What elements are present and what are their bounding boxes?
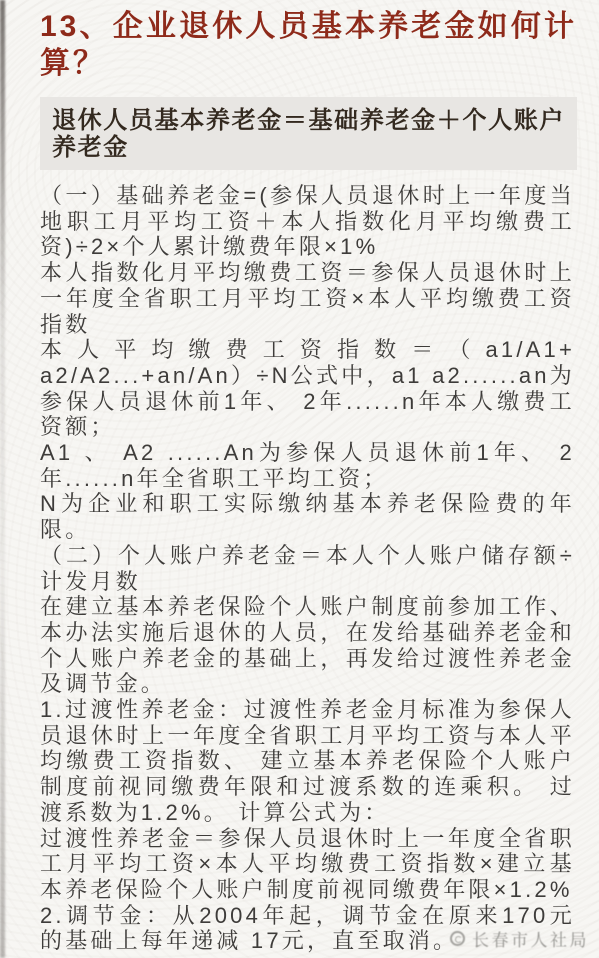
paragraph-n-definition: N为企业和职工实际缴纳基本养老保险费的年限。 (40, 491, 575, 542)
paragraph-a-values-definition: A1 、 A2 ......An为参保人员退休前1年、 2年......n年全省… (40, 440, 575, 491)
formula-text: 退休人员基本养老金＝基础养老金＋个人账户养老金 (52, 107, 565, 161)
document-page: 13、企业退休人员基本养老金如何计算？ 退休人员基本养老金＝基础养老金＋个人账户… (0, 0, 599, 958)
watermark: 长春市人社局 (450, 926, 589, 951)
paragraph-transitional-pension: 1.过渡性养老金：过渡性养老金月标准为参保人员退休时上一年度全省职工月平均工资与… (40, 697, 575, 826)
bureau-logo-icon (450, 931, 465, 946)
page-title: 13、企业退休人员基本养老金如何计算？ (40, 8, 577, 82)
paragraph-indexed-wage-formula: 本人指数化月平均缴费工资＝参保人员退休时上一年度全省职工月平均工资×本人平均缴费… (40, 260, 575, 337)
body-text: （一）基础养老金=(参保人员退休时上一年度当地职工月平均工资＋本人指数化月平均缴… (40, 183, 575, 954)
formula-highlight-box: 退休人员基本养老金＝基础养老金＋个人账户养老金 (40, 97, 577, 170)
paragraph-transitional-formula: 过渡性养老金＝参保人员退休时上一年度全省职工月平均工资×本人平均缴费工资指数×建… (40, 826, 575, 903)
paragraph-wage-index-formula: 本人平均缴费工资指数＝（a1/A1+ a2/A2...+an/An）÷N公式中，… (40, 337, 575, 440)
paragraph-basic-pension-formula: （一）基础养老金=(参保人员退休时上一年度当地职工月平均工资＋本人指数化月平均缴… (40, 183, 575, 260)
paragraph-personal-account-formula: （二）个人账户养老金＝本人个人账户储存额÷计发月数 (40, 543, 575, 594)
watermark-text: 长春市人社局 (472, 926, 589, 951)
paragraph-transition-intro: 在建立基本养老保险个人账户制度前参加工作、本办法实施后退休的人员，在发给基础养老… (40, 594, 575, 697)
